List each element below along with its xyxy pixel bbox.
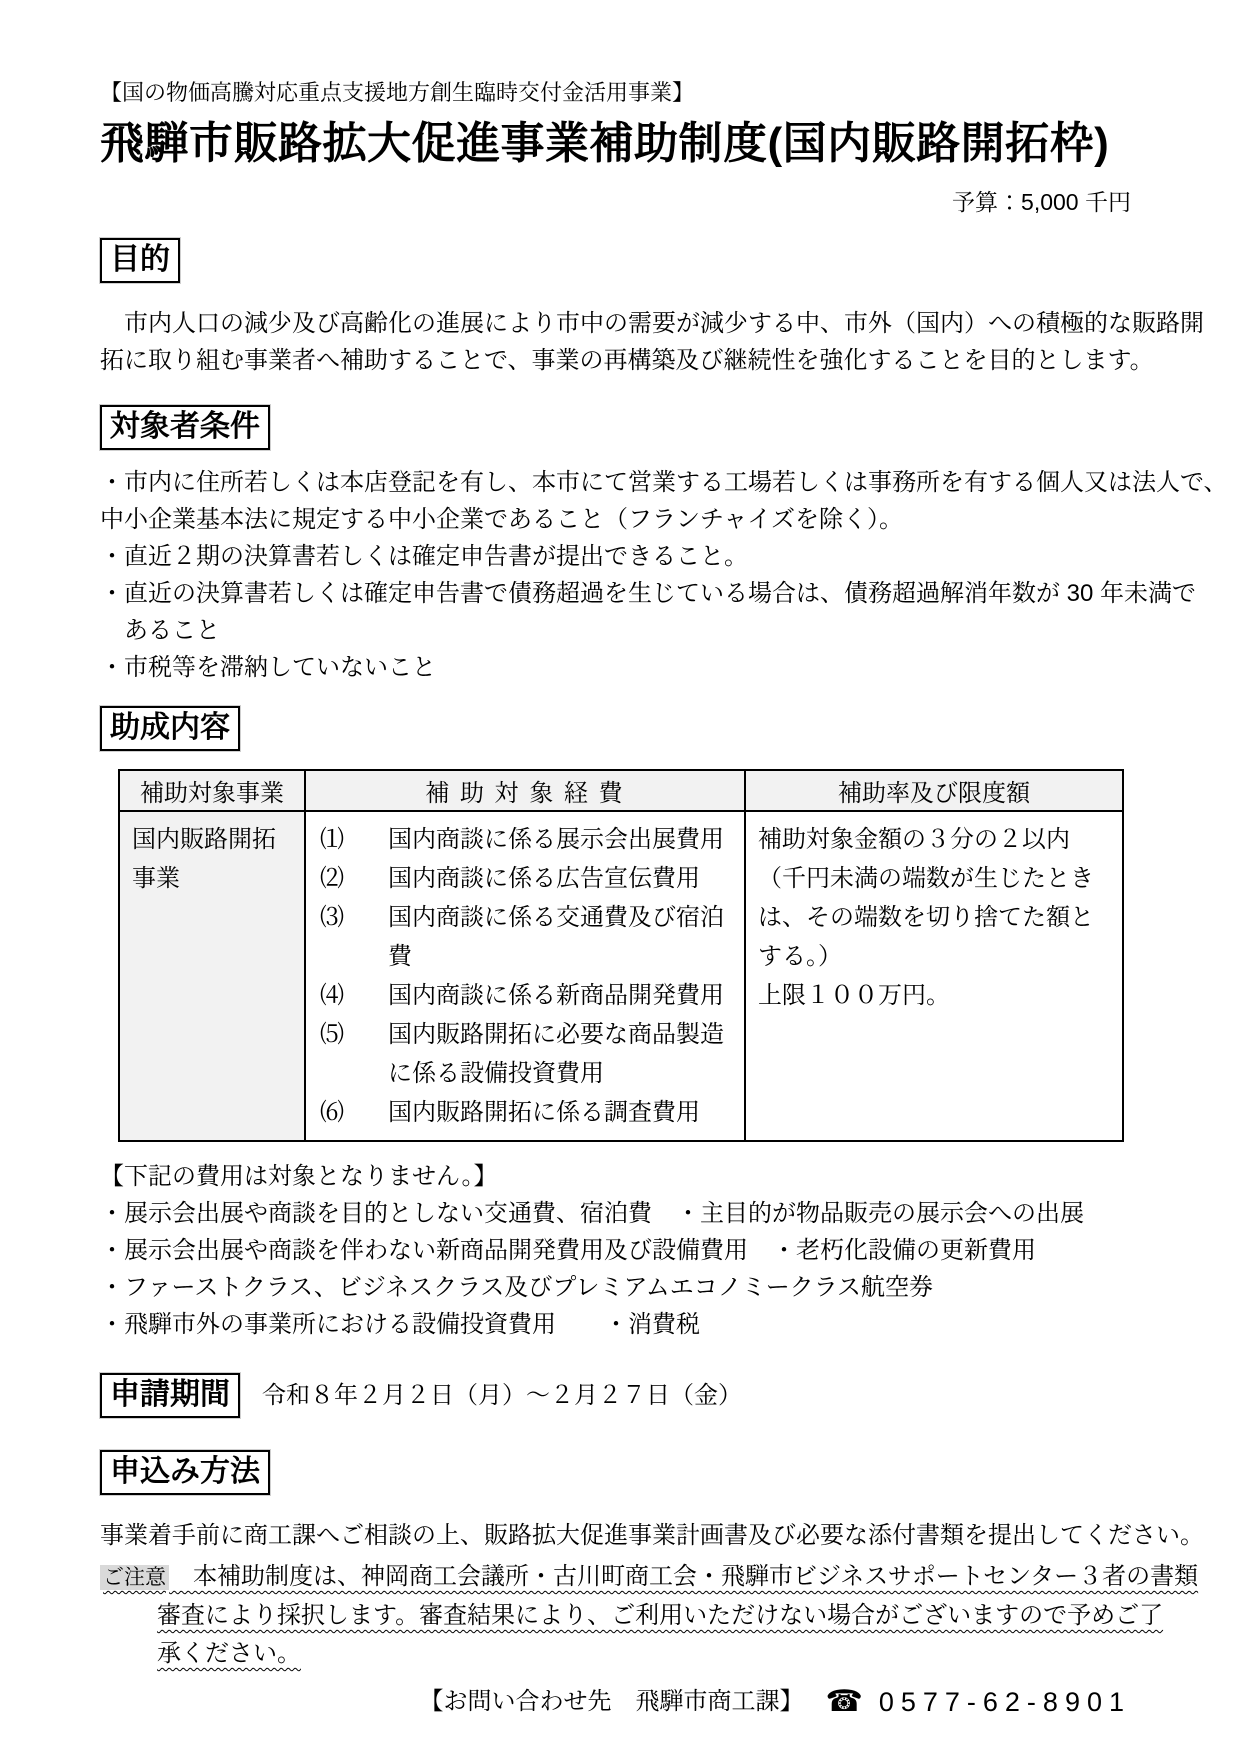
application-method-body: 事業着手前に商工課へご相談の上、販路拡大促進事業計画書及び必要な添付書類を提出し… [100, 1517, 1131, 1554]
contact-line: 【お問い合わせ先 飛騨市商工課】 ☎ 0577-62-8901 [100, 1685, 1131, 1719]
expense-text: 国内販路開拓に必要な商品製造に係る設備投資費用 [388, 1015, 734, 1093]
program-tag: 【国の物価高騰対応重点支援地方創生臨時交付金活用事業】 [100, 80, 1131, 106]
contact-phone-number: 0577-62-8901 [879, 1685, 1131, 1719]
expense-number: ⑸ [320, 1015, 388, 1093]
exclusion-item: ・展示会出展や商談を伴わない新商品開発費用及び設備費用 ・老朽化設備の更新費用 [100, 1232, 1131, 1269]
expense-text: 国内販路開拓に係る調査費用 [388, 1093, 734, 1132]
expense-number: ⑷ [320, 976, 388, 1015]
exclusion-item: ・展示会出展や商談を目的としない交通費、宿泊費 ・主目的が物品販売の展示会への出… [100, 1195, 1131, 1232]
business-name-line: 国内販路開拓 [132, 820, 292, 859]
expense-item: ⑶ 国内商談に係る交通費及び宿泊費 [320, 898, 734, 976]
expense-item: ⑷ 国内商談に係る新商品開発費用 [320, 976, 734, 1015]
notice-text: 本補助制度は、神岡商工会議所・古川町商工会・飛騨市ビジネスサポートセンター３者の… [169, 1563, 1198, 1590]
expense-number: ⑴ [320, 820, 388, 859]
subsidy-table-body-row: 国内販路開拓 事業 ⑴ 国内商談に係る展示会出展費用 ⑵ 国内商談に係る広告宣伝… [119, 811, 1123, 1141]
notice-text: 審査により採択します。審査結果により、ご利用いただけない場合がございますので予め… [157, 1602, 1163, 1629]
eligibility-line: 中小企業基本法に規定する中小企業であること（フランチャイズを除く）。 [100, 501, 1131, 538]
expense-number: ⑶ [320, 898, 388, 976]
purpose-paragraph: 市内人口の減少及び高齢化の進展により市中の需要が減少する中、市外（国内）への積極… [100, 305, 1131, 379]
eligibility-line: ・市内に住所若しくは本店登記を有し、本市にて営業する工場若しくは事務所を有する個… [100, 464, 1131, 501]
expense-text: 国内商談に係る展示会出展費用 [388, 820, 734, 859]
application-period-row: 申請期間 令和８年２月２日（月）～２月２７日（金） [100, 1373, 1131, 1418]
subsidy-table: 補助対象事業 補 助 対 象 経 費 補助率及び限度額 国内販路開拓 事業 ⑴ … [118, 769, 1124, 1142]
budget-line: 予算：5,000 千円 [100, 188, 1131, 216]
exclusions-intro: 【下記の費用は対象となりません。】 [100, 1158, 1131, 1195]
eligibility-list: ・市内に住所若しくは本店登記を有し、本市にて営業する工場若しくは事務所を有する個… [100, 464, 1131, 686]
notice-line: ご注意 本補助制度は、神岡商工会議所・古川町商工会・飛騨市ビジネスサポートセンタ… [100, 1558, 1131, 1597]
rate-paragraph: 補助対象金額の３分の２以内（千円未満の端数が生じたときは、その端数を切り捨てた額… [758, 820, 1110, 976]
expense-number: ⑹ [320, 1093, 388, 1132]
eligibility-line: あること [100, 612, 1131, 649]
expense-text: 国内商談に係る広告宣伝費用 [388, 859, 734, 898]
expense-item: ⑵ 国内商談に係る広告宣伝費用 [320, 859, 734, 898]
section-heading-subsidy: 助成内容 [100, 706, 240, 751]
application-period-value: 令和８年２月２日（月）～２月２７日（金） [262, 1381, 742, 1411]
contact-label: 【お問い合わせ先 飛騨市商工課】 [419, 1685, 803, 1719]
notice-line: 承ください。 [100, 1635, 1131, 1673]
notice-block: ご注意 本補助制度は、神岡商工会議所・古川町商工会・飛騨市ビジネスサポートセンタ… [100, 1558, 1131, 1673]
purpose-line: 拓に取り組む事業者へ補助することで、事業の再構築及び継続性を強化することを目的と… [100, 342, 1131, 379]
exclusions-list: ・展示会出展や商談を目的としない交通費、宿泊費 ・主目的が物品販売の展示会への出… [100, 1195, 1131, 1343]
eligibility-line: ・直近の決算書若しくは確定申告書で債務超過を生じている場合は、債務超過解消年数が… [100, 575, 1131, 612]
subsidy-table-header-row: 補助対象事業 補 助 対 象 経 費 補助率及び限度額 [119, 770, 1123, 811]
cell-expenses: ⑴ 国内商談に係る展示会出展費用 ⑵ 国内商談に係る広告宣伝費用 ⑶ 国内商談に… [305, 811, 745, 1141]
section-heading-eligibility: 対象者条件 [100, 405, 270, 450]
expense-number: ⑵ [320, 859, 388, 898]
document-page: 【国の物価高騰対応重点支援地方創生臨時交付金活用事業】 飛騨市販路拡大促進事業補… [0, 0, 1241, 1755]
notice-text: 承ください。 [157, 1640, 301, 1667]
section-heading-application-method: 申込み方法 [100, 1450, 270, 1495]
purpose-line: 市内人口の減少及び高齢化の進展により市中の需要が減少する中、市外（国内）への積極… [100, 305, 1131, 342]
cell-business: 国内販路開拓 事業 [119, 811, 305, 1141]
expense-item: ⑹ 国内販路開拓に係る調査費用 [320, 1093, 734, 1132]
expense-item: ⑴ 国内商談に係る展示会出展費用 [320, 820, 734, 859]
section-heading-application-period: 申請期間 [100, 1373, 240, 1418]
business-name-line: 事業 [132, 859, 292, 898]
col-header-rate: 補助率及び限度額 [745, 770, 1123, 811]
expense-text: 国内商談に係る新商品開発費用 [388, 976, 734, 1015]
eligibility-line: ・直近２期の決算書若しくは確定申告書が提出できること。 [100, 538, 1131, 575]
section-heading-purpose: 目的 [100, 238, 180, 283]
exclusion-item: ・ファーストクラス、ビジネスクラス及びプレミアムエコノミークラス航空券 [100, 1269, 1131, 1306]
expense-item: ⑸ 国内販路開拓に必要な商品製造に係る設備投資費用 [320, 1015, 734, 1093]
notice-label: ご注意 [100, 1565, 169, 1590]
page-title: 飛騨市販路拡大促進事業補助制度(国内販路開拓枠) [100, 118, 1131, 170]
rate-limit: 上限１００万円。 [758, 976, 1110, 1015]
telephone-icon: ☎ [825, 1685, 862, 1719]
cell-rate-limit: 補助対象金額の３分の２以内（千円未満の端数が生じたときは、その端数を切り捨てた額… [745, 811, 1123, 1141]
col-header-business: 補助対象事業 [119, 770, 305, 811]
col-header-expense: 補 助 対 象 経 費 [305, 770, 745, 811]
eligibility-line: ・市税等を滞納していないこと [100, 649, 1131, 686]
notice-line: 審査により採択します。審査結果により、ご利用いただけない場合がございますので予め… [100, 1597, 1131, 1635]
exclusion-item: ・飛騨市外の事業所における設備投資費用 ・消費税 [100, 1306, 1131, 1343]
expense-text: 国内商談に係る交通費及び宿泊費 [388, 898, 734, 976]
